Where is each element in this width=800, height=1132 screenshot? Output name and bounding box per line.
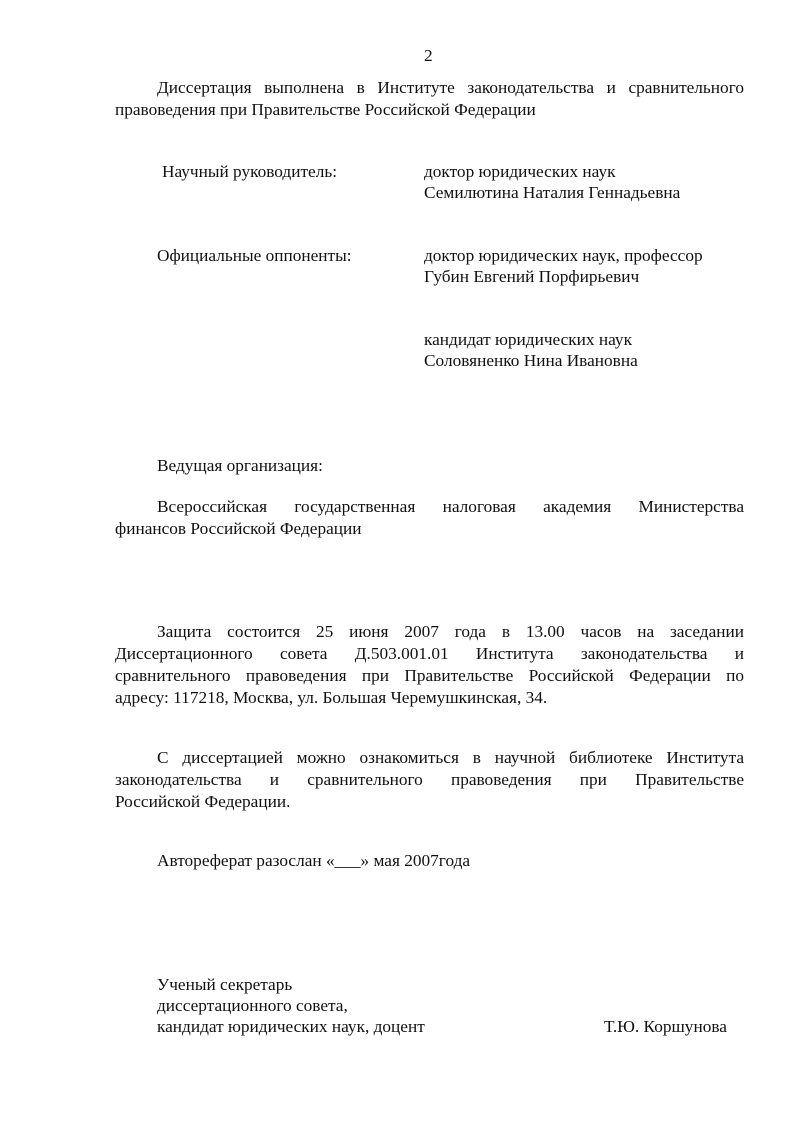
secretary-line-2: диссертационного совета, bbox=[157, 996, 348, 1016]
opponent-1-degree: доктор юридических наук, профессор bbox=[424, 246, 703, 266]
defense-line-2: Диссертационного совета Д.503.001.01 Инс… bbox=[115, 643, 744, 665]
defense-line-1: Защита состоится 25 июня 2007 года в 13.… bbox=[115, 621, 744, 643]
intro-line-2: правоведения при Правительстве Российско… bbox=[115, 99, 744, 121]
supervisor-label: Научный руководитель: bbox=[162, 162, 337, 182]
defense-paragraph: Защита состоится 25 июня 2007 года в 13.… bbox=[115, 621, 744, 709]
page-number: 2 bbox=[424, 46, 433, 66]
library-line-1: С диссертацией можно ознакомиться в науч… bbox=[115, 747, 744, 769]
library-paragraph: С диссертацией можно ознакомиться в науч… bbox=[115, 747, 744, 813]
secretary-line-3: кандидат юридических наук, доцент bbox=[157, 1017, 425, 1037]
leading-org-line-1: Всероссийская государственная налоговая … bbox=[115, 496, 744, 518]
defense-line-3: сравнительного правоведения при Правител… bbox=[115, 665, 744, 687]
abstract-sent-date: Автореферат разослан «___» мая 2007года bbox=[157, 851, 470, 871]
secretary-line-1: Ученый секретарь bbox=[157, 975, 292, 995]
leading-org-label: Ведущая организация: bbox=[157, 456, 323, 476]
library-line-3: Российской Федерации. bbox=[115, 791, 744, 813]
opponent-2-degree: кандидат юридических наук bbox=[424, 330, 632, 350]
library-line-2: законодательства и сравнительного правов… bbox=[115, 769, 744, 791]
opponents-label: Официальные оппоненты: bbox=[157, 246, 352, 266]
defense-line-4: адресу: 117218, Москва, ул. Большая Чере… bbox=[115, 687, 744, 709]
opponent-1-name: Губин Евгений Порфирьевич bbox=[424, 267, 639, 287]
intro-line-1: Диссертация выполнена в Институте законо… bbox=[115, 77, 744, 99]
leading-org-line-2: финансов Российской Федерации bbox=[115, 518, 744, 540]
supervisor-name: Семилютина Наталия Геннадьевна bbox=[424, 183, 680, 203]
secretary-name: Т.Ю. Коршунова bbox=[604, 1017, 727, 1037]
opponent-2-name: Соловяненко Нина Ивановна bbox=[424, 351, 638, 371]
intro-paragraph: Диссертация выполнена в Институте законо… bbox=[115, 77, 744, 121]
leading-org-paragraph: Всероссийская государственная налоговая … bbox=[115, 496, 744, 540]
supervisor-degree: доктор юридических наук bbox=[424, 162, 616, 182]
